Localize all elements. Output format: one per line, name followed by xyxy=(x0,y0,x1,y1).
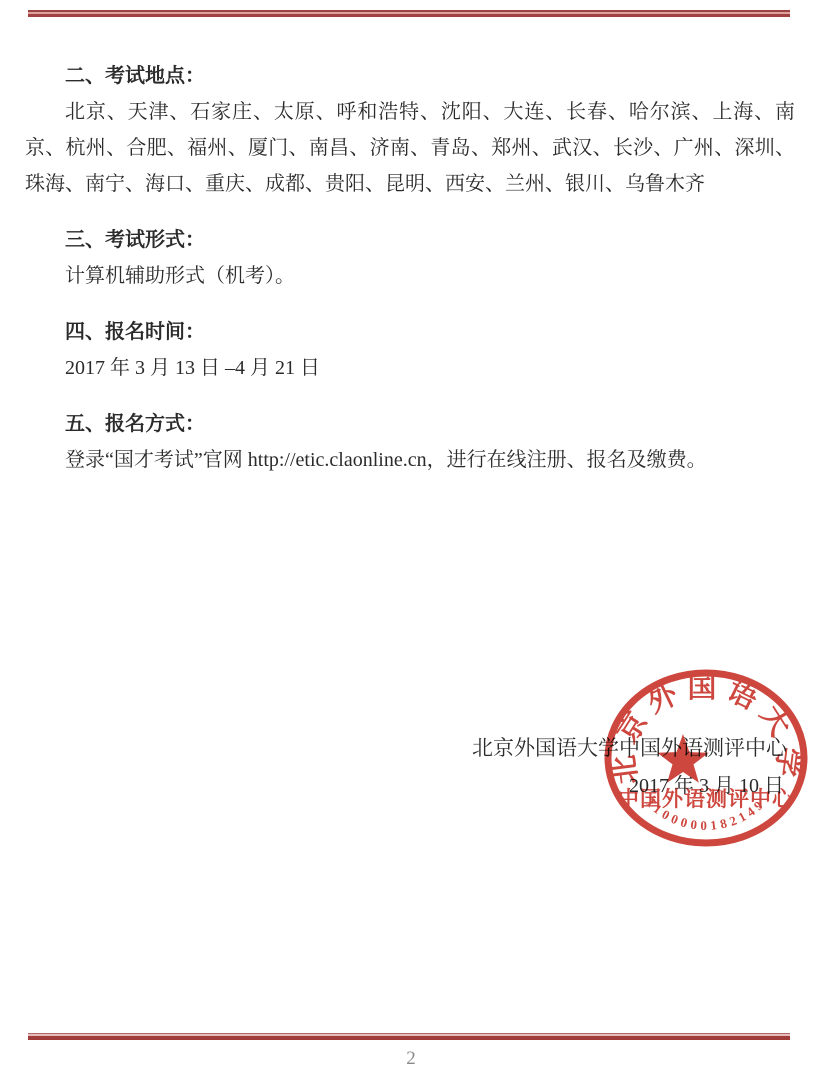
section-registration-method: 五、报名方式： 登录“国才考试”官网 http://etic.claonline… xyxy=(25,406,795,478)
signature-organization: 北京外国语大学中国外语测评中心 xyxy=(472,729,787,767)
document-page: 二、考试地点： 北京、天津、石家庄、太原、呼和浩特、沈阳、大连、长春、哈尔滨、上… xyxy=(0,0,822,1087)
bottom-border-rule xyxy=(28,1033,790,1040)
page-number: 2 xyxy=(0,1048,822,1070)
document-body: 二、考试地点： 北京、天津、石家庄、太原、呼和浩特、沈阳、大连、长春、哈尔滨、上… xyxy=(25,58,795,478)
signature-block: 北京外国语大学中国外语测评中心 2017 年 3 月 10 日 xyxy=(472,729,787,805)
section-heading-exam-format: 三、考试形式： xyxy=(25,222,795,258)
section-heading-registration-time: 四、报名时间： xyxy=(25,314,795,350)
section-body-registration-method: 登录“国才考试”官网 http://etic.claonline.cn，进行在线… xyxy=(25,442,795,478)
signature-date: 2017 年 3 月 10 日 xyxy=(472,767,787,805)
section-body-exam-locations: 北京、天津、石家庄、太原、呼和浩特、沈阳、大连、长春、哈尔滨、上海、南京、杭州、… xyxy=(25,94,795,202)
section-exam-locations: 二、考试地点： 北京、天津、石家庄、太原、呼和浩特、沈阳、大连、长春、哈尔滨、上… xyxy=(25,58,795,202)
section-body-registration-time: 2017 年 3 月 13 日 –4 月 21 日 xyxy=(25,350,795,386)
top-border-rule xyxy=(28,10,790,17)
section-exam-format: 三、考试形式： 计算机辅助形式（机考）。 xyxy=(25,222,795,294)
section-registration-time: 四、报名时间： 2017 年 3 月 13 日 –4 月 21 日 xyxy=(25,314,795,386)
registration-url[interactable]: http://etic.claonline.cn xyxy=(248,449,427,471)
section-body-exam-format: 计算机辅助形式（机考）。 xyxy=(25,258,795,294)
section-heading-registration-method: 五、报名方式： xyxy=(25,406,795,442)
section-heading-exam-locations: 二、考试地点： xyxy=(25,58,795,94)
registration-method-prefix: 登录“国才考试”官网 xyxy=(65,449,248,471)
registration-method-suffix: ，进行在线注册、报名及缴费。 xyxy=(427,449,707,471)
